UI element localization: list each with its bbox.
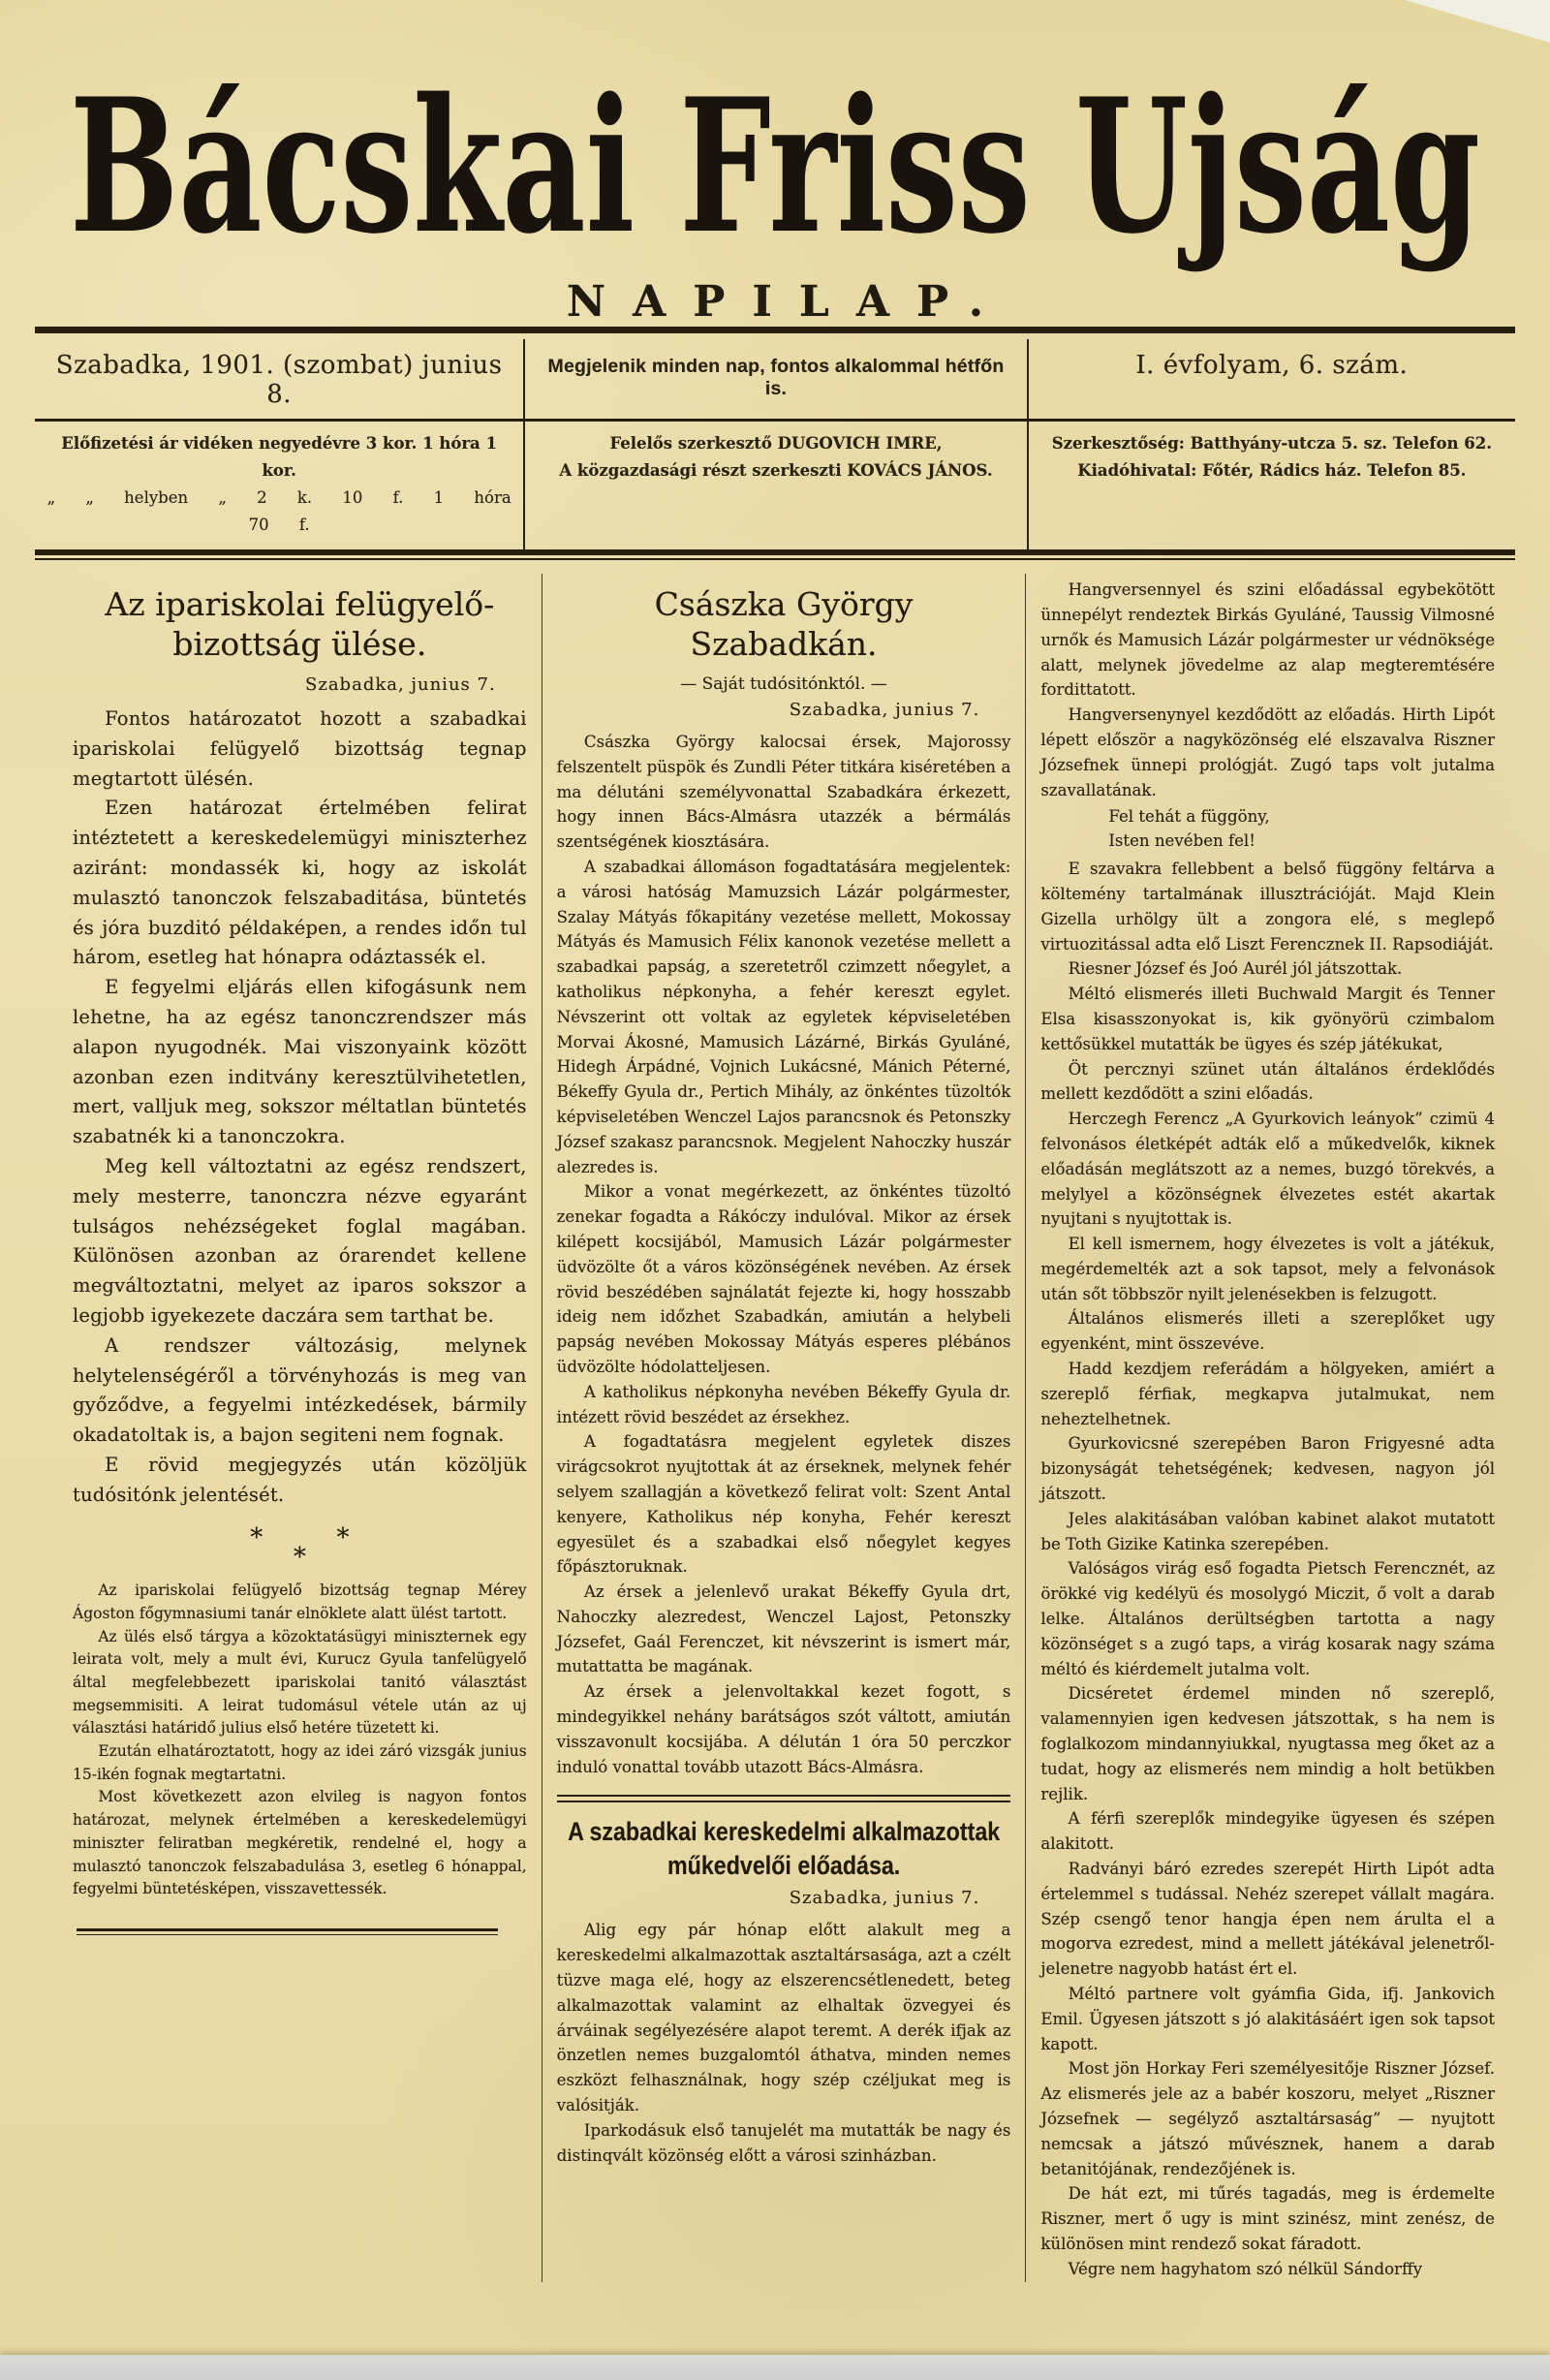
paragraph: Gyurkovicsné szerepében Baron Frigyesné … [1040, 1431, 1495, 1506]
paragraph: Az érsek a jelenlevő urakat Békeffy Gyul… [557, 1580, 1011, 1679]
paragraph: Hadd kezdjem referádám a hölgyeken, amié… [1040, 1357, 1495, 1431]
masthead-title: Bácskai Friss Ujság [70, 58, 1480, 274]
paragraph: Az érsek a jelenvoltakkal kezet fogott, … [557, 1679, 1011, 1779]
dateline: Szabadka, junius 7. [73, 674, 527, 695]
masthead: Bácskai Friss Ujság NAPILAP. [0, 0, 1550, 327]
editor-line-2: A közgazdasági részt szerkeszti KOVÁCS J… [533, 457, 1018, 485]
article-subtitle: — Saját tudósitónktól. — [557, 674, 1011, 694]
volume-issue-cell: I. évfolyam, 6. szám. [1027, 339, 1515, 419]
paragraph: E rövid megjegyzés után közöljük tudósit… [73, 1451, 527, 1511]
paragraph: Mikor a vonat megérkezett, az önkéntes t… [557, 1179, 1011, 1379]
paragraph: Ezen határozat értelmében felirat intézt… [73, 794, 527, 973]
subscription-line-2: „ „ helyben „ 2 k. 10 f. 1 hóra 70 f. [43, 485, 515, 539]
article-school-board: Az ipariskolai felügyelő­bizottság ülése… [73, 585, 527, 1935]
paragraph: A férfi szereplők mindegyike ügyesen és … [1040, 1806, 1495, 1857]
paragraph: El kell ismernem, hogy élvezetes is volt… [1040, 1232, 1495, 1306]
paragraph: Császka György kalocsai érsek, Majorossy… [557, 730, 1011, 855]
header-info-bar: Szabadka, 1901. (szombat) junius 8. Megj… [35, 339, 1515, 555]
scan-edge-strip [0, 2355, 1550, 2380]
paragraph: Az ipariskolai felügyelő bizottság tegna… [73, 1580, 527, 1625]
paragraph: E fegyelmi eljárás ellen kifogásunk nem … [73, 973, 527, 1152]
issue-date: Szabadka, 1901. (szombat) junius 8. [56, 351, 503, 409]
article-title: Császka György Szabadkán. [557, 585, 1011, 665]
column-left: Az ipariskolai felügyelő­bizottság ülése… [58, 574, 542, 2281]
paragraph: Általános elismerés illeti a szereplőket… [1040, 1306, 1495, 1357]
article-divider-rule [557, 1795, 1011, 1802]
issue-date-cell: Szabadka, 1901. (szombat) junius 8. [35, 339, 523, 419]
article-archbishop-visit: Császka György Szabadkán. — Saját tudósi… [557, 585, 1011, 1779]
paragraph: A fogadtatásra megjelent egyletek diszes… [557, 1429, 1011, 1580]
paragraph: Végre nem hagyhatom szó nélkül Sándorffy [1040, 2257, 1495, 2282]
paragraph: Méltó partnere volt gyámfia Gida, ifj. J… [1040, 1982, 1495, 2056]
paragraph: Valóságos virág eső fogadta Pietsch Fere… [1040, 1556, 1495, 1681]
paragraph: Hangversenynyel kezdődött az előadás. Hi… [1040, 703, 1495, 802]
header-row-2: Előfizetési ár vidéken negyedévre 3 kor.… [35, 422, 1515, 549]
paragraph: Fontos határozatot hozott a szabadkai ip… [73, 705, 527, 794]
column-right: Hangversennyel és szini előadással egybe… [1025, 574, 1509, 2281]
dateline: Szabadka, junius 7. [557, 700, 1011, 720]
article-performance-continued: Hangversennyel és szini előadással egybe… [1040, 578, 1495, 2281]
paragraph: Az ülés első tárgya a közoktatásügyi min… [73, 1626, 527, 1741]
paragraph: Jeles alakitásában valóban kabinet alako… [1040, 1507, 1495, 1557]
publish-info: Megjelenik minden nap, fontos alkalommal… [548, 356, 1005, 399]
paragraph: A rendszer változásig, melynek helytelen… [73, 1331, 527, 1451]
paragraph: Radványi báró ezredes szerepét Hirth Lip… [1040, 1857, 1495, 1982]
newspaper-page: Bácskai Friss Ujság NAPILAP. Szabadka, 1… [0, 0, 1550, 2380]
paragraph: Herczegh Ferencz „A Gyurkovich leányok” … [1040, 1107, 1495, 1232]
paragraph: Riesner József és Joó Aurél jól játszott… [1040, 956, 1495, 982]
verse-line: Isten nevében fel! [1108, 830, 1495, 854]
office-line-1: Szerkesztőség: Batthyány-utcza 5. sz. Te… [1037, 430, 1507, 457]
paragraph: Alig egy pár hónap előtt alakult meg a k… [557, 1918, 1011, 2117]
asterism-separator: * * * [73, 1528, 527, 1569]
asterism-bottom: * [73, 1548, 527, 1568]
body-columns: Az ipariskolai felügyelő­bizottság ülése… [58, 574, 1509, 2281]
verse-quote: Fel tehát a függöny, Isten nevében fel! [1108, 805, 1495, 854]
paragraph: Most jön Horkay Feri személyesitője Risz… [1040, 2056, 1495, 2181]
verse-line: Fel tehát a függöny, [1108, 805, 1495, 830]
volume-issue: I. évfolyam, 6. szám. [1135, 351, 1408, 380]
article-amateur-performance: A szabadkai kereskedelmi alkalmazot­tak … [557, 1815, 1011, 2168]
paragraph: Iparkodásuk első tanujelét ma mutatták b… [557, 2118, 1011, 2169]
office-line-2: Kiadóhivatal: Főtér, Rádics ház. Telefon… [1037, 457, 1507, 485]
paragraph: Meg kell változtatni az egész rendszert,… [73, 1152, 527, 1331]
paragraph: Méltó elismerés illeti Buchwald Margit é… [1040, 982, 1495, 1056]
scan-corner-fold [1405, 0, 1550, 43]
offices-cell: Szerkesztőség: Batthyány-utcza 5. sz. Te… [1027, 422, 1515, 549]
paragraph: A katholikus népkonyha nevében Békeffy G… [557, 1380, 1011, 1430]
masthead-title-art: Bácskai Friss Ujság [58, 54, 1492, 275]
subscription-cell: Előfizetési ár vidéken negyedévre 3 kor.… [35, 422, 523, 549]
paragraph: Dicséretet érdemel minden nő szereplő, v… [1040, 1681, 1495, 1806]
article-title: Az ipariskolai felügyelő­bizottság ülése… [73, 585, 527, 665]
paragraph: Ezután elhatároztatott, hogy az idei zár… [73, 1740, 527, 1786]
top-rule [35, 327, 1515, 333]
paragraph: A szabadkai állomáson fogadtatására megj… [557, 855, 1011, 1179]
paragraph: De hát ezt, mi tűrés tagadás, meg is érd… [1040, 2181, 1495, 2256]
dateline: Szabadka, junius 7. [557, 1888, 1011, 1908]
editors-cell: Felelős szerkesztő DUGOVICH IMRE, A közg… [523, 422, 1026, 549]
paragraph: Most következett azon elvileg is nagyon … [73, 1786, 527, 1901]
header-bottom-rule [35, 558, 1515, 560]
subscription-line-1: Előfizetési ár vidéken negyedévre 3 kor.… [43, 430, 515, 485]
paragraph: Öt percznyi szünet után általános érdekl… [1040, 1057, 1495, 1108]
publish-info-cell: Megjelenik minden nap, fontos alkalommal… [523, 339, 1026, 419]
article-end-rule [77, 1928, 498, 1935]
paragraph: E szavakra fellebbent a belső függöny fe… [1040, 857, 1495, 956]
editor-line-1: Felelős szerkesztő DUGOVICH IMRE, [533, 430, 1018, 457]
article-title: A szabadkai kereskedelmi alkalmazot­tak … [557, 1815, 1011, 1882]
paragraph: Hangversennyel és szini előadással egybe… [1040, 578, 1495, 703]
column-center: Császka György Szabadkán. — Saját tudósi… [542, 574, 1026, 2281]
masthead-subtitle: NAPILAP. [0, 277, 1550, 327]
header-row-1: Szabadka, 1901. (szombat) junius 8. Megj… [35, 339, 1515, 422]
